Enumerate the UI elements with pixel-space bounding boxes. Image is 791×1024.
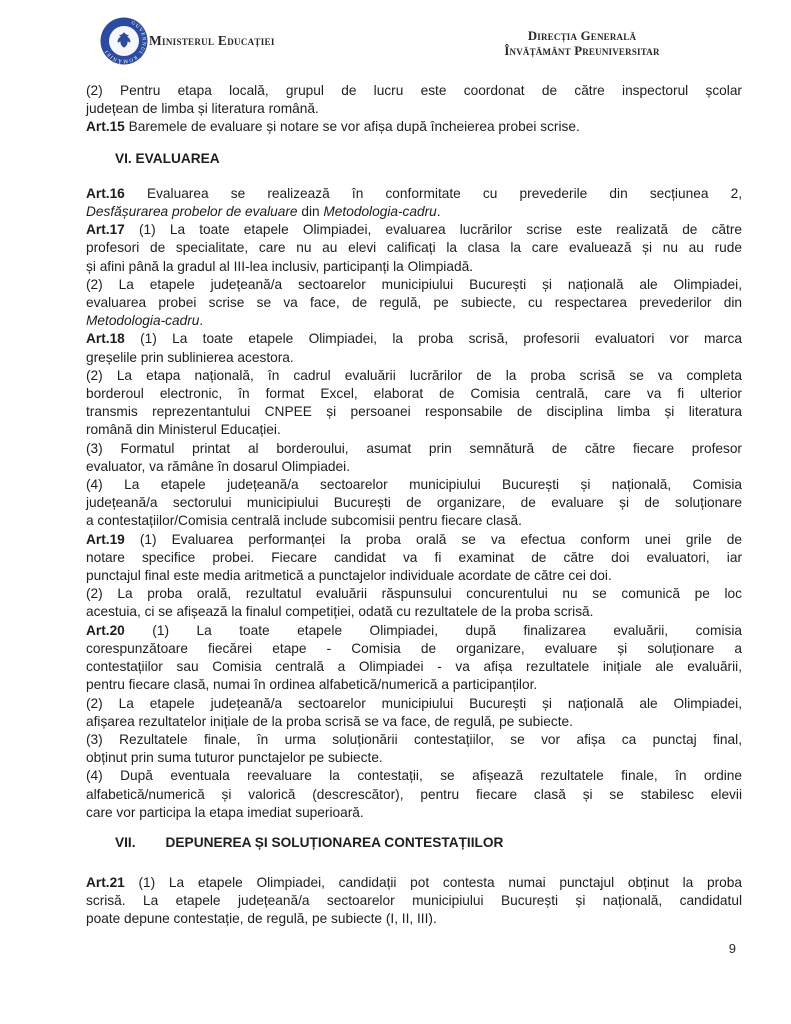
text-line: corespunzătoare fiecărei etape - Comisia… [86,640,742,658]
text-line: (3) Formatul printat al borderoului, asu… [86,440,742,458]
text-line: contestațiilor sau Comisia centrală a Ol… [86,658,742,676]
text-run: greșelile prin sublinierea acestora. [86,350,294,365]
text-run: Art.15 [86,119,125,134]
text-run: (1) Evaluarea performanței la proba oral… [125,532,742,547]
text-run: . [199,313,203,328]
text-line: scrisă. La etapele județeană/a sectoarel… [86,892,742,910]
text-run: din [298,204,324,219]
page-header: GUVERNUL ROMÂNIEI Ministerul Educației D… [0,0,791,78]
text-run: (4) După eventuala reevaluare la contest… [86,768,742,783]
text-run: evaluarea probei scrise se va face, de r… [86,295,742,310]
text-run: evaluator, va rămâne în dosarul Olimpiad… [86,459,350,474]
text-run: contestațiilor sau Comisia centrală a Ol… [86,659,742,674]
section-heading: VII.DEPUNEREA ȘI SOLUȚIONAREA CONTESTAȚI… [86,834,742,852]
text-line: Art.20 (1) La toate etapele Olimpiadei, … [86,622,742,640]
text-run: județean de limba și literatura română. [86,101,319,116]
text-run: și afini până la gradul al III-lea inclu… [86,259,473,274]
text-line: acestuia, ci se afișează la finalul comp… [86,603,742,621]
text-line: alfabetică/numerică și valorică (descres… [86,786,742,804]
text-line: Art.21 (1) La etapele Olimpiadei, candid… [86,874,742,892]
text-line: Art.17 (1) La toate etapele Olimpiadei, … [86,221,742,239]
text-line: (4) La etapele județeană/a sectoarelor m… [86,476,742,494]
document-body: (2) Pentru etapa locală, grupul de lucru… [86,82,742,928]
text-run: (1) La etapele Olimpiadei, candidații po… [125,875,742,890]
government-seal-logo: GUVERNUL ROMÂNIEI [100,17,148,65]
text-line: evaluarea probei scrise se va face, de r… [86,294,742,312]
directorate-line1: Direcția Generală [442,29,722,44]
text-run: (2) La proba orală, rezultatul evaluării… [86,586,742,601]
text-run: Art.17 [86,222,125,237]
text-run: a contestațiilor/Comisia centrală includ… [86,513,522,528]
text-line: greșelile prin sublinierea acestora. [86,349,742,367]
text-run: (1) La toate etapele Olimpiadei, la prob… [125,331,742,346]
text-run: Art.19 [86,532,125,547]
text-run: VI. EVALUAREA [115,151,220,166]
text-run: alfabetică/numerică și valorică (descres… [86,787,742,802]
text-line: obținut prin suma tuturor punctajelor pe… [86,749,742,767]
ministry-name: Ministerul Educației [149,33,275,49]
text-run: Art.16 [86,186,125,201]
text-line: (2) La etapele județeană/a sectoarelor m… [86,695,742,713]
text-line: a contestațiilor/Comisia centrală includ… [86,512,742,530]
text-line: pentru fiecare clasă, numai în ordinea a… [86,676,742,694]
text-line: și afini până la gradul al III-lea inclu… [86,258,742,276]
text-line: Desfășurarea probelor de evaluare din Me… [86,203,742,221]
text-run: Baremele de evaluare și notare se vor af… [125,119,580,134]
directorate-line2: Învățământ Preuniversitar [442,44,722,59]
text-line: Metodologia-cadru. [86,312,742,330]
text-line: (2) La etapa națională, în cadrul evaluă… [86,367,742,385]
text-line: profesori de specialitate, care nu au el… [86,239,742,257]
text-line: (3) Rezultatele finale, în urma soluțion… [86,731,742,749]
text-run: (1) La toate etapele Olimpiadei, evaluar… [125,222,742,237]
text-line: evaluator, va rămâne în dosarul Olimpiad… [86,458,742,476]
text-run: acestuia, ci se afișează la finalul comp… [86,604,593,619]
text-run: punctajul final este media aritmetică a … [86,568,612,583]
text-run: poate depune contestație, de regulă, pe … [86,911,437,926]
text-run: Art.21 [86,875,125,890]
text-line: județeană/a sectorului municipiului Bucu… [86,494,742,512]
document-page: GUVERNUL ROMÂNIEI Ministerul Educației D… [0,0,791,1024]
text-line: (2) La etapele județeană/a sectoarelor m… [86,276,742,294]
text-run: notare specifice probei. Fiecare candida… [86,550,742,565]
text-line: (4) După eventuala reevaluare la contest… [86,767,742,785]
text-line: Art.16 Evaluarea se realizează în confor… [86,185,742,203]
text-run: (2) Pentru etapa locală, grupul de lucru… [86,83,742,98]
text-run: corespunzătoare fiecărei etape - Comisia… [86,641,742,656]
text-run: (2) La etapa națională, în cadrul evaluă… [86,368,742,383]
text-run: obținut prin suma tuturor punctajelor pe… [86,750,383,765]
text-run: DEPUNEREA ȘI SOLUȚIONAREA CONTESTAȚIILOR [166,835,504,850]
text-line: borderoul electronic, în format Excel, e… [86,385,742,403]
text-run: Art.20 [86,623,125,638]
text-run: județeană/a sectorului municipiului Bucu… [86,495,742,510]
text-line: notare specifice probei. Fiecare candida… [86,549,742,567]
section-heading: VI. EVALUAREA [86,150,742,168]
text-line: transmis reprezentantului CNPEE și perso… [86,403,742,421]
text-line: afișarea rezultatelor inițiale de la pro… [86,713,742,731]
text-line: Art.15 Baremele de evaluare și notare se… [86,118,742,136]
page-number: 9 [86,941,736,956]
text-run: (3) Rezultatele finale, în urma soluțion… [86,732,742,747]
text-run: Evaluarea se realizează în conformitate … [125,186,742,201]
text-run: profesori de specialitate, care nu au el… [86,240,742,255]
text-run: afișarea rezultatelor inițiale de la pro… [86,714,573,729]
text-run: Art.18 [86,331,125,346]
text-run: (2) La etapele județeană/a sectoarelor m… [86,696,742,711]
text-run: Metodologia-cadru [323,204,436,219]
text-run: pentru fiecare clasă, numai în ordinea a… [86,677,537,692]
text-line: Art.18 (1) La toate etapele Olimpiadei, … [86,330,742,348]
text-run: borderoul electronic, în format Excel, e… [86,386,742,401]
text-run: care vor participa la etapa imediat supe… [86,805,364,820]
text-line: română din Ministerul Educației. [86,421,742,439]
text-line: (2) Pentru etapa locală, grupul de lucru… [86,82,742,100]
text-line: poate depune contestație, de regulă, pe … [86,910,742,928]
text-line: care vor participa la etapa imediat supe… [86,804,742,822]
text-run: română din Ministerul Educației. [86,422,281,437]
text-line: (2) La proba orală, rezultatul evaluării… [86,585,742,603]
text-line: județean de limba și literatura română. [86,100,742,118]
text-line: Art.19 (1) Evaluarea performanței la pro… [86,531,742,549]
text-run: VII. [115,835,136,850]
text-run: (4) La etapele județeană/a sectoarelor m… [86,477,742,492]
text-line: punctajul final este media aritmetică a … [86,567,742,585]
text-run: (3) Formatul printat al borderoului, asu… [86,441,742,456]
text-run: (1) La toate etapele Olimpiadei, după fi… [125,623,742,638]
directorate-name: Direcția Generală Învățământ Preuniversi… [442,29,722,59]
text-run: transmis reprezentantului CNPEE și perso… [86,404,742,419]
text-run: Metodologia-cadru [86,313,199,328]
text-run: Desfășurarea probelor de evaluare [86,204,298,219]
text-run: scrisă. La etapele județeană/a sectoarel… [86,893,742,908]
text-run: . [437,204,441,219]
text-run: (2) La etapele județeană/a sectoarelor m… [86,277,742,292]
